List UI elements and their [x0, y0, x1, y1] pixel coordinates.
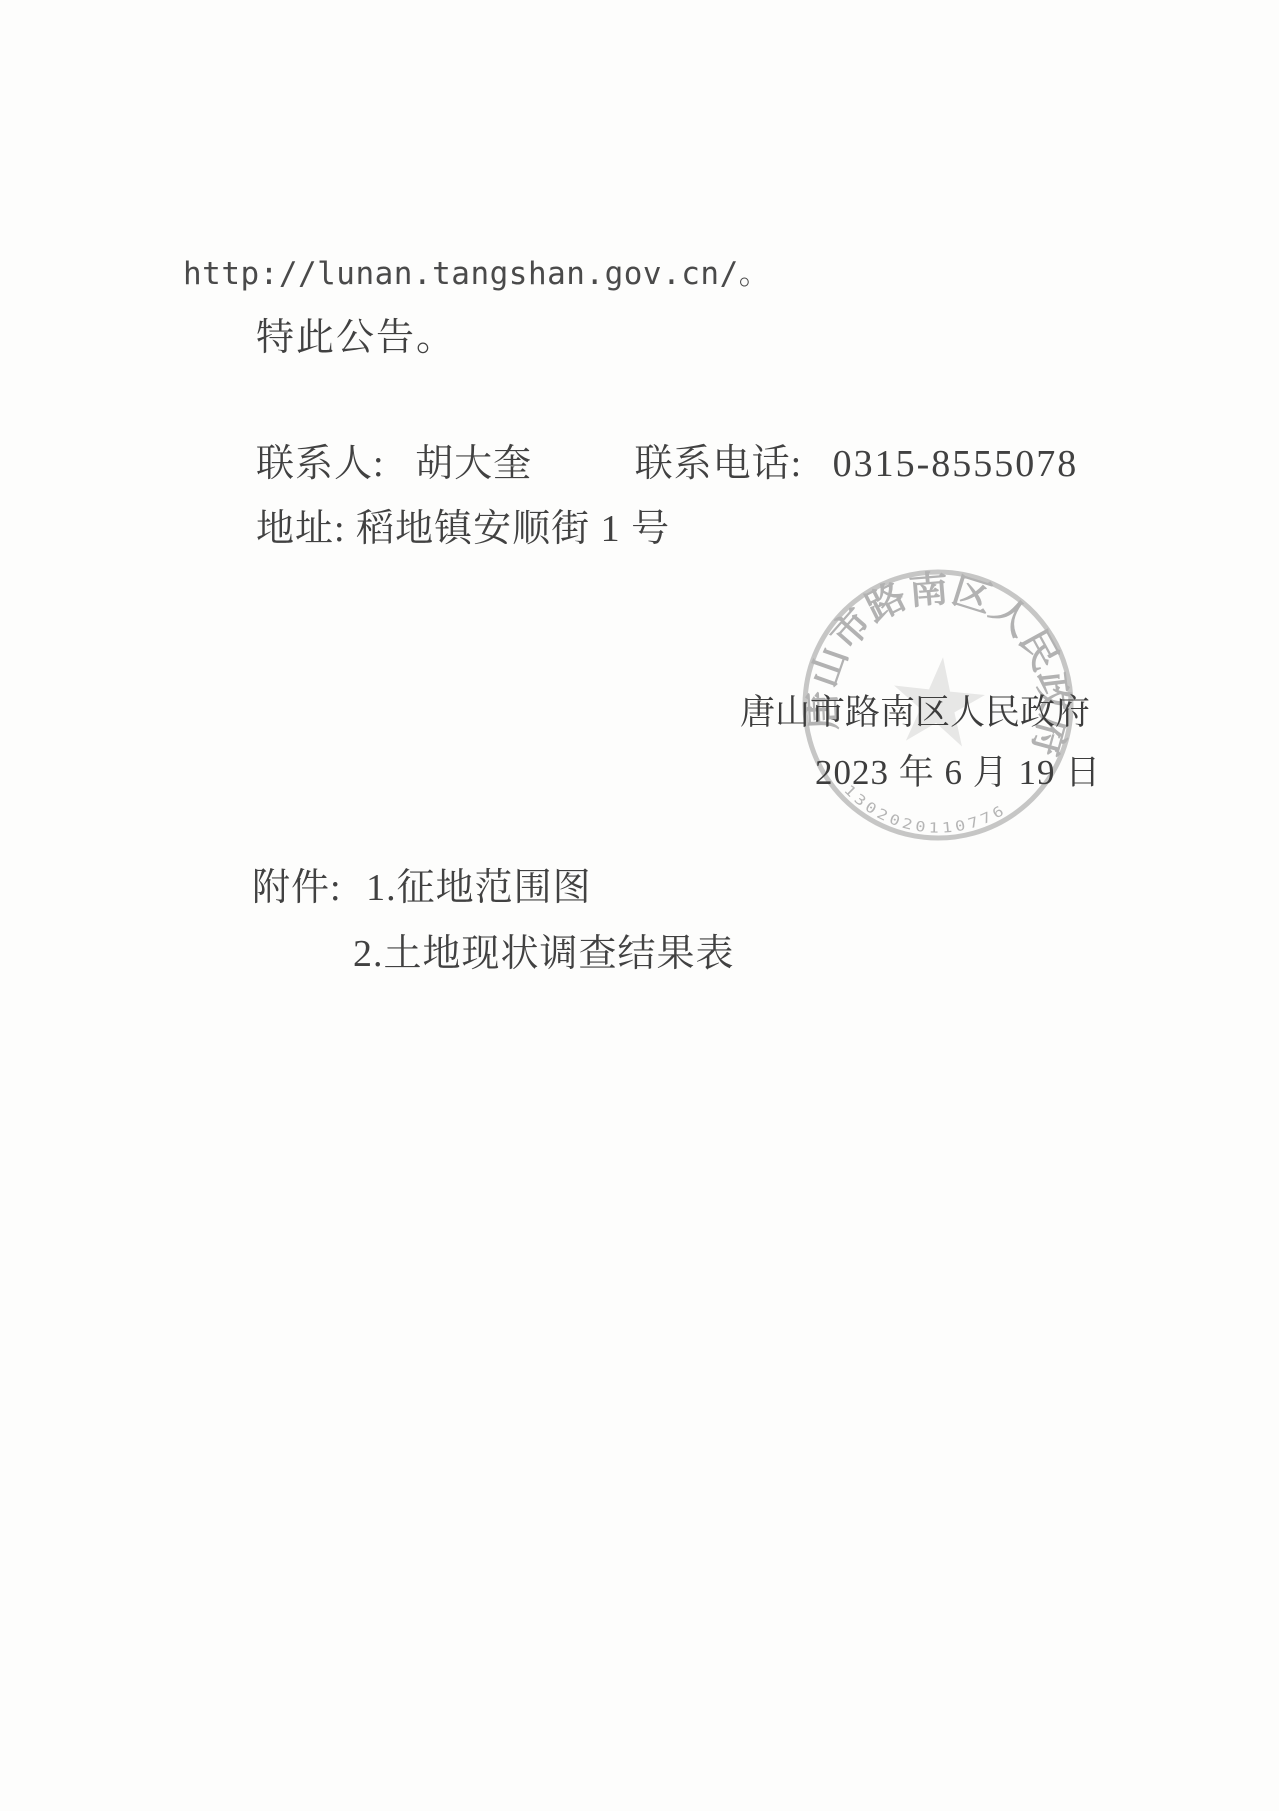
signature-organization: 唐山市路南区人民政府: [740, 685, 1090, 735]
attachments-label: 附件:: [252, 867, 342, 909]
contact-person-label: 联系人:: [256, 443, 385, 485]
contact-phone-label: 联系电话:: [635, 443, 803, 485]
address-line: 地址: 稻地镇安顺街 1 号: [256, 497, 670, 552]
publication-url: http://lunan.tangshan.gov.cn/。: [183, 248, 770, 293]
attachment-item-1: 1.征地范围图: [366, 867, 592, 909]
contact-person-name: 胡大奎: [415, 443, 532, 485]
attachments-line-1: 附件: 1.征地范围图: [252, 856, 592, 911]
contact-line: 联系人: 胡大奎 联系电话: 0315-8555078: [256, 432, 1078, 487]
scanned-document-page: http://lunan.tangshan.gov.cn/。 特此公告。 联系人…: [0, 0, 1279, 1811]
attachments-line-2: 2.土地现状调查结果表: [353, 922, 735, 977]
contact-phone-number: 0315-8555078: [833, 443, 1079, 485]
address-value: 稻地镇安顺街 1 号: [356, 508, 670, 550]
attachment-item-2: 2.土地现状调查结果表: [353, 933, 735, 975]
address-label: 地址:: [256, 508, 346, 550]
signature-date: 2023 年 6 月 19 日: [815, 745, 1101, 795]
closing-statement: 特此公告。: [256, 306, 456, 361]
